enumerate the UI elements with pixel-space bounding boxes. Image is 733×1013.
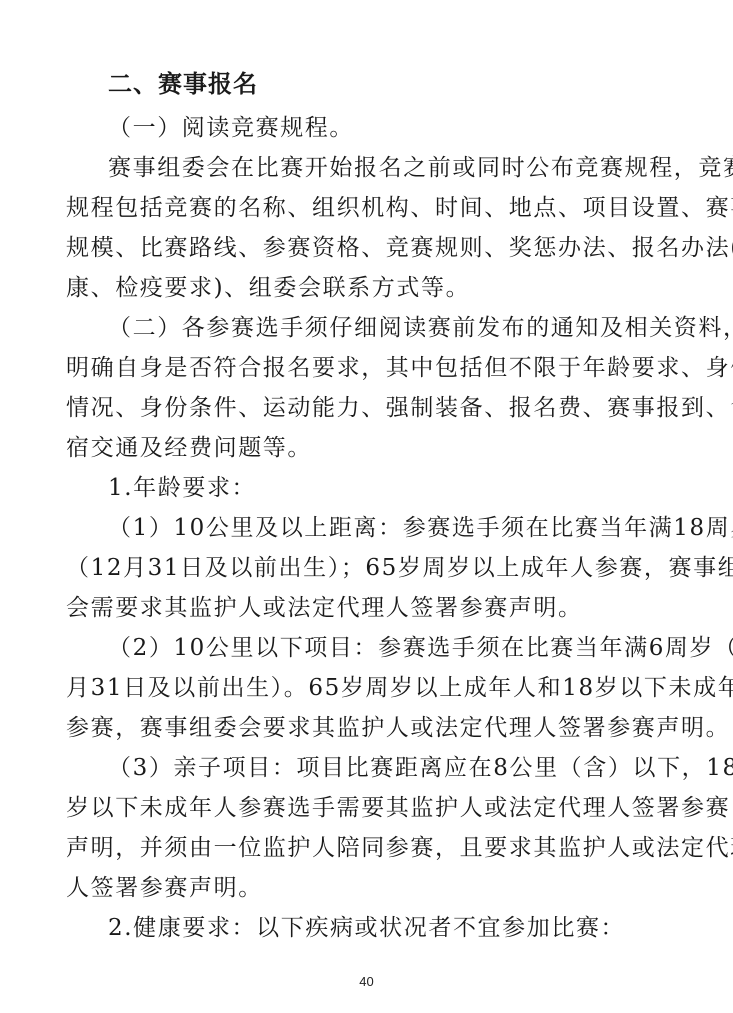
age-item-2-paragraph: （2）10公里以下项目：参赛选手须在比赛当年满6周岁（12 月31日及以前出生）…	[66, 628, 670, 748]
text-line: （1）10公里及以上距离：参赛选手须在比赛当年满18周岁	[66, 508, 670, 548]
text-line: 人签署参赛声明。	[66, 868, 670, 908]
text-line: 2.健康要求：以下疾病或状况者不宜参加比赛：	[66, 908, 670, 948]
text-line: 情况、身份条件、运动能力、强制装备、报名费、赛事报到、食	[66, 388, 670, 428]
text-line: 规模、比赛路线、参赛资格、竞赛规则、奖惩办法、报名办法(健	[66, 228, 670, 268]
text-line: （12月31日及以前出生）；65岁周岁以上成年人参赛，赛事组委	[66, 548, 670, 588]
text-line: 1.年龄要求：	[66, 468, 670, 508]
text-line: 声明，并须由一位监护人陪同参赛，且要求其监护人或法定代理	[66, 828, 670, 868]
age-requirements-title: 1.年龄要求：	[66, 468, 670, 508]
text-line: （3）亲子项目：项目比赛距离应在8公里（含）以下，18	[66, 748, 670, 788]
rules-description-paragraph: 赛事组委会在比赛开始报名之前或同时公布竞赛规程，竞赛 规程包括竞赛的名称、组织机…	[66, 148, 670, 308]
section-heading: 二、赛事报名	[66, 64, 670, 108]
health-requirements-title: 2.健康要求：以下疾病或状况者不宜参加比赛：	[66, 908, 670, 948]
text-line: 月31日及以前出生）。65岁周岁以上成年人和18岁以下未成年人	[66, 668, 670, 708]
text-line: 明确自身是否符合报名要求，其中包括但不限于年龄要求、身体	[66, 348, 670, 388]
text-line: 康、检疫要求)、组委会联系方式等。	[66, 268, 670, 308]
document-page: 二、赛事报名 （一）阅读竞赛规程。 赛事组委会在比赛开始报名之前或同时公布竞赛规…	[0, 0, 733, 1013]
page-number: 40	[0, 974, 733, 989]
text-line: （二）各参赛选手须仔细阅读赛前发布的通知及相关资料，	[66, 308, 670, 348]
text-line: 赛事组委会在比赛开始报名之前或同时公布竞赛规程，竞赛	[66, 148, 670, 188]
age-item-1-paragraph: （1）10公里及以上距离：参赛选手须在比赛当年满18周岁 （12月31日及以前出…	[66, 508, 670, 628]
age-item-3-paragraph: （3）亲子项目：项目比赛距离应在8公里（含）以下，18 岁以下未成年人参赛选手需…	[66, 748, 670, 908]
page-content: 二、赛事报名 （一）阅读竞赛规程。 赛事组委会在比赛开始报名之前或同时公布竞赛规…	[66, 64, 670, 948]
subsection-1-title: （一）阅读竞赛规程。	[66, 108, 670, 148]
text-line: 规程包括竞赛的名称、组织机构、时间、地点、项目设置、赛事	[66, 188, 670, 228]
text-line: （一）阅读竞赛规程。	[66, 108, 670, 148]
text-line: 岁以下未成年人参赛选手需要其监护人或法定代理人签署参赛	[66, 788, 670, 828]
text-line: 会需要求其监护人或法定代理人签署参赛声明。	[66, 588, 670, 628]
subsection-2-paragraph: （二）各参赛选手须仔细阅读赛前发布的通知及相关资料， 明确自身是否符合报名要求，…	[66, 308, 670, 468]
text-line: 参赛，赛事组委会要求其监护人或法定代理人签署参赛声明。	[66, 708, 670, 748]
text-line: （2）10公里以下项目：参赛选手须在比赛当年满6周岁（12	[66, 628, 670, 668]
text-line: 宿交通及经费问题等。	[66, 428, 670, 468]
